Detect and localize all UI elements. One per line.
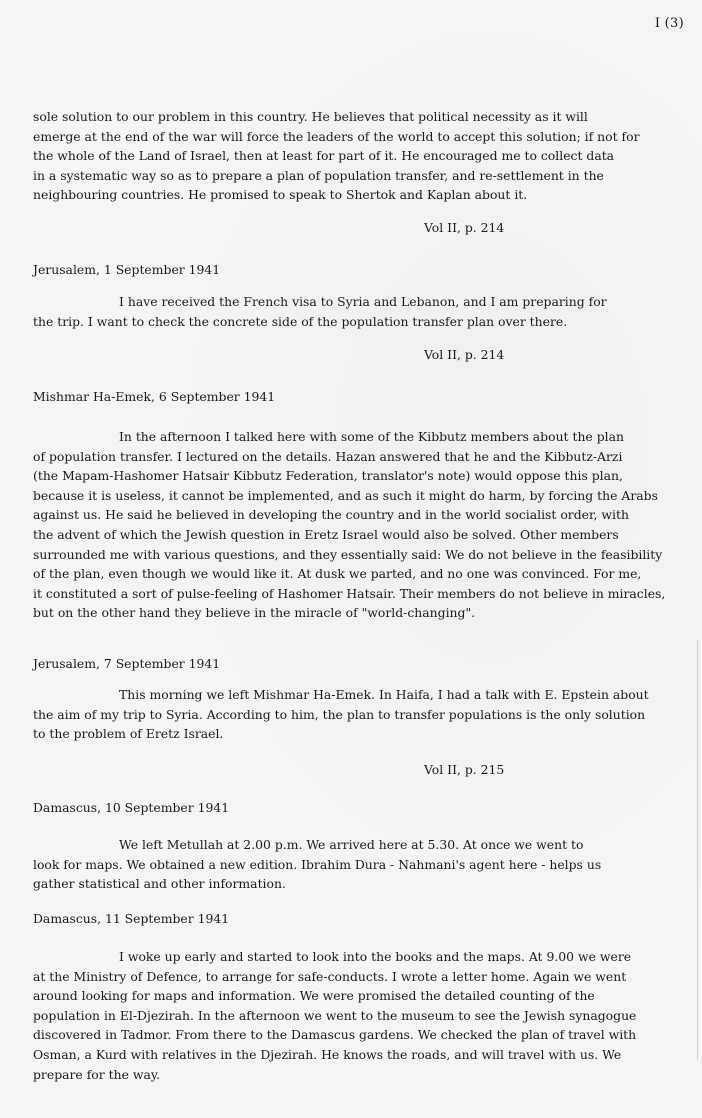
text-line: of population transfer. I lectured on th…: [33, 447, 683, 467]
text-line: gather statistical and other information…: [33, 874, 683, 894]
text-line: I woke up early and started to look into…: [33, 947, 683, 967]
entry-heading: Damascus, 11 September 1941: [33, 911, 229, 926]
text-line: sole solution to our problem in this cou…: [33, 107, 683, 127]
entry-paragraph: We left Metullah at 2.00 p.m. We arrived…: [33, 835, 683, 894]
entry-paragraph: I woke up early and started to look into…: [33, 947, 683, 1084]
entry-heading: Damascus, 10 September 1941: [33, 800, 229, 815]
entry-paragraph: I have received the French visa to Syria…: [33, 292, 683, 331]
volume-reference: Vol II, p. 215: [424, 762, 504, 777]
text-line: the trip. I want to check the concrete s…: [33, 312, 683, 332]
text-line: around looking for maps and information.…: [33, 986, 683, 1006]
text-line: the aim of my trip to Syria. According t…: [33, 705, 683, 725]
document-page: I (3) sole solution to our problem in th…: [0, 0, 702, 1118]
text-line: at the Ministry of Defence, to arrange f…: [33, 967, 683, 987]
volume-reference: Vol II, p. 214: [424, 220, 504, 235]
entry-paragraph: This morning we left Mishmar Ha-Emek. In…: [33, 685, 683, 744]
volume-reference: Vol II, p. 214: [424, 347, 504, 362]
text-line: I have received the French visa to Syria…: [33, 292, 683, 312]
text-line: population in El-Djezirah. In the aftern…: [33, 1006, 683, 1026]
text-line: against us. He said he believed in devel…: [33, 505, 683, 525]
text-line: neighbouring countries. He promised to s…: [33, 185, 683, 205]
text-line: We left Metullah at 2.00 p.m. We arrived…: [33, 835, 683, 855]
entry-heading: Jerusalem, 7 September 1941: [33, 656, 220, 671]
text-line: to the problem of Eretz Israel.: [33, 724, 683, 744]
text-line: (the Mapam-Hashomer Hatsair Kibbutz Fede…: [33, 466, 683, 486]
text-line: of the plan, even though we would like i…: [33, 564, 683, 584]
page-number: I (3): [655, 16, 684, 31]
text-line: prepare for the way.: [33, 1065, 683, 1085]
text-line: look for maps. We obtained a new edition…: [33, 855, 683, 875]
text-line: emerge at the end of the war will force …: [33, 127, 683, 147]
entry-continuation-paragraph: sole solution to our problem in this cou…: [33, 107, 683, 205]
text-line: in a systematic way so as to prepare a p…: [33, 166, 683, 186]
entry-paragraph: In the afternoon I talked here with some…: [33, 427, 683, 623]
entry-heading: Jerusalem, 1 September 1941: [33, 262, 220, 277]
text-line: the whole of the Land of Israel, then at…: [33, 146, 683, 166]
text-line: In the afternoon I talked here with some…: [33, 427, 683, 447]
text-line: surrounded me with various questions, an…: [33, 545, 683, 565]
text-line: discovered in Tadmor. From there to the …: [33, 1025, 683, 1045]
entry-heading: Mishmar Ha-Emek, 6 September 1941: [33, 389, 275, 404]
text-line: the advent of which the Jewish question …: [33, 525, 683, 545]
text-line: it constituted a sort of pulse-feeling o…: [33, 584, 683, 604]
text-line: This morning we left Mishmar Ha-Emek. In…: [33, 685, 683, 705]
text-line: because it is useless, it cannot be impl…: [33, 486, 683, 506]
text-line: Osman, a Kurd with relatives in the Djez…: [33, 1045, 683, 1065]
text-line: but on the other hand they believe in th…: [33, 603, 683, 623]
page-edge-rule: [697, 640, 698, 1060]
